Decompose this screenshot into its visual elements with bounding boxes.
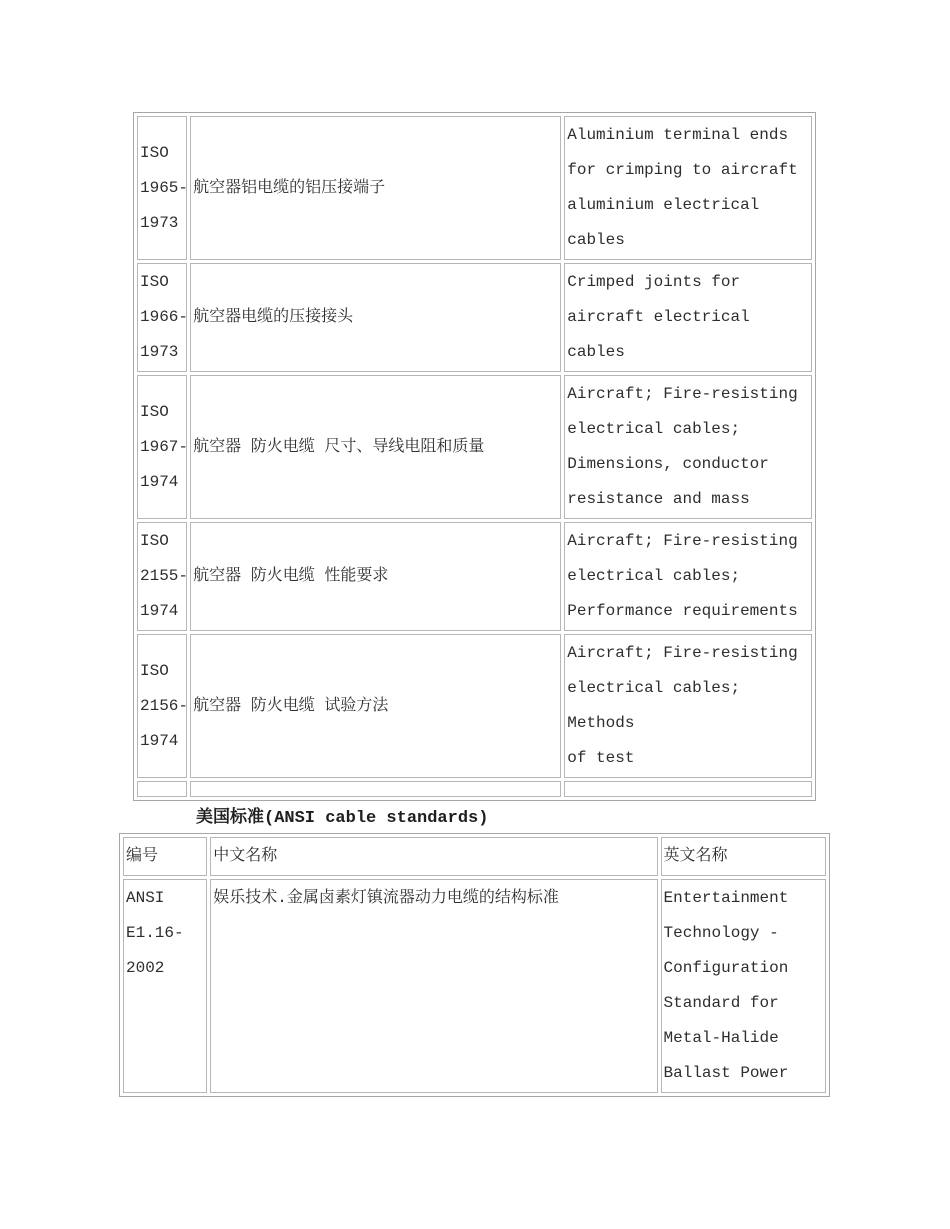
- ansi-section-heading: 美国标准(ANSI cable standards): [196, 806, 488, 832]
- english-name-cell: Entertainment Technology - Configuration…: [661, 879, 826, 1093]
- standard-code-cell: ISO 2156- 1974: [137, 634, 187, 778]
- table-row: ANSI E1.16- 2002 娱乐技术.金属卤素灯镇流器动力电缆的结构标准 …: [123, 879, 826, 1093]
- standard-code-cell: ISO 2155- 1974: [137, 522, 187, 631]
- table-row: ISO 2156- 1974 航空器 防火电缆 试验方法 Aircraft; F…: [137, 634, 812, 778]
- ansi-standards-section: 编号 中文名称 英文名称 ANSI E1.16- 2002 娱乐技术.金属卤素灯…: [119, 833, 830, 1097]
- table-row: ISO 1965- 1973 航空器铝电缆的铝压接端子 Aluminium te…: [137, 116, 812, 260]
- table-row: [137, 781, 812, 797]
- english-name-cell: Aluminium terminal ends for crimping to …: [564, 116, 812, 260]
- ansi-standards-table: 编号 中文名称 英文名称 ANSI E1.16- 2002 娱乐技术.金属卤素灯…: [119, 833, 830, 1097]
- standard-code-cell: ISO 1965- 1973: [137, 116, 187, 260]
- standard-code-cell: ANSI E1.16- 2002: [123, 879, 207, 1093]
- header-chinese-name: 中文名称: [210, 837, 657, 876]
- standard-code-cell: ISO 1967- 1974: [137, 375, 187, 519]
- chinese-name-cell: 娱乐技术.金属卤素灯镇流器动力电缆的结构标准: [210, 879, 657, 1093]
- chinese-name-cell: 航空器 防火电缆 试验方法: [190, 634, 561, 778]
- standard-code-cell: [137, 781, 187, 797]
- english-name-cell: Aircraft; Fire-resisting electrical cabl…: [564, 375, 812, 519]
- chinese-name-cell: [190, 781, 561, 797]
- table-row: ISO 1966- 1973 航空器电缆的压接接头 Crimped joints…: [137, 263, 812, 372]
- english-name-cell: Aircraft; Fire-resisting electrical cabl…: [564, 522, 812, 631]
- english-name-cell: Aircraft; Fire-resisting electrical cabl…: [564, 634, 812, 778]
- chinese-name-cell: 航空器电缆的压接接头: [190, 263, 561, 372]
- header-english-name: 英文名称: [661, 837, 826, 876]
- chinese-name-cell: 航空器铝电缆的铝压接端子: [190, 116, 561, 260]
- chinese-name-cell: 航空器 防火电缆 性能要求: [190, 522, 561, 631]
- standard-code-cell: ISO 1966- 1973: [137, 263, 187, 372]
- table-row: ISO 1967- 1974 航空器 防火电缆 尺寸、导线电阻和质量 Aircr…: [137, 375, 812, 519]
- header-code: 编号: [123, 837, 207, 876]
- iso-standards-section: ISO 1965- 1973 航空器铝电缆的铝压接端子 Aluminium te…: [133, 112, 816, 801]
- table-header-row: 编号 中文名称 英文名称: [123, 837, 826, 876]
- table-row: ISO 2155- 1974 航空器 防火电缆 性能要求 Aircraft; F…: [137, 522, 812, 631]
- english-name-cell: Crimped joints for aircraft electrical c…: [564, 263, 812, 372]
- iso-standards-table: ISO 1965- 1973 航空器铝电缆的铝压接端子 Aluminium te…: [133, 112, 816, 801]
- english-name-cell: [564, 781, 812, 797]
- chinese-name-cell: 航空器 防火电缆 尺寸、导线电阻和质量: [190, 375, 561, 519]
